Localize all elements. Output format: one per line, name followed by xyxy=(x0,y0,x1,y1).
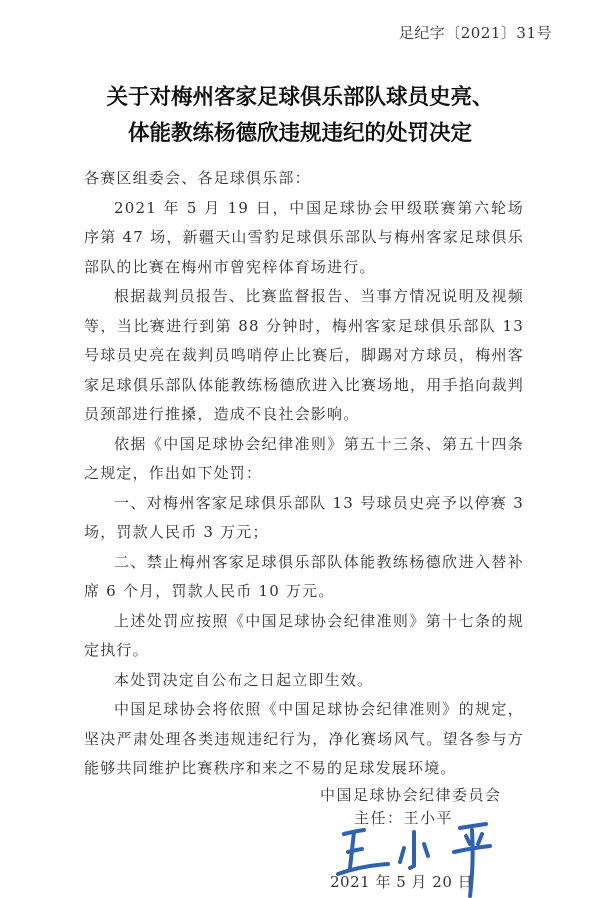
paragraph-execution: 上述处罚应按照《中国足球协会纪律准则》第十七条的规定执行。 xyxy=(84,607,524,666)
document-body: 各赛区组委会、各足球俱乐部： 2021 年 5 月 19 日，中国足球协会甲级联… xyxy=(84,164,524,784)
paragraph-effective: 本处罚决定自公布之日起立即生效。 xyxy=(84,666,524,696)
document-title: 关于对梅州客家足球俱乐部队球员史亮、 体能教练杨德欣违规违纪的处罚决定 xyxy=(0,80,600,152)
paragraph-incident: 2021 年 5 月 19 日，中国足球协会甲级联赛第六轮场序第 47 场，新疆… xyxy=(84,194,524,283)
paragraph-findings: 根据裁判员报告、比赛监督报告、当事方情况说明及视频等，当比赛进行到第 88 分钟… xyxy=(84,282,524,430)
penalty-item-1: 一、对梅州客家足球俱乐部队 13 号球员史亮予以停赛 3 场，罚款人民币 3 万… xyxy=(84,489,524,548)
issuing-organization: 中国足球协会纪律委员会 xyxy=(320,784,502,805)
salutation: 各赛区组委会、各足球俱乐部： xyxy=(84,164,524,194)
paragraph-closing: 中国足球协会将依照《中国足球协会纪律准则》的规定，坚决严肃处理各类违规违纪行为，… xyxy=(84,695,524,784)
title-line-2: 体能教练杨德欣违规违纪的处罚决定 xyxy=(0,116,600,152)
title-line-1: 关于对梅州客家足球俱乐部队球员史亮、 xyxy=(0,80,600,116)
paragraph-basis: 依据《中国足球协会纪律准则》第五十三条、第五十四条之规定，作出如下处罚： xyxy=(84,430,524,489)
document-number: 足纪字〔2021〕31号 xyxy=(300,22,552,43)
penalty-item-2: 二、禁止梅州客家足球俱乐部队体能教练杨德欣进入替补席 6 个月，罚款人民币 10… xyxy=(84,548,524,607)
handwritten-signature-icon xyxy=(330,822,510,898)
